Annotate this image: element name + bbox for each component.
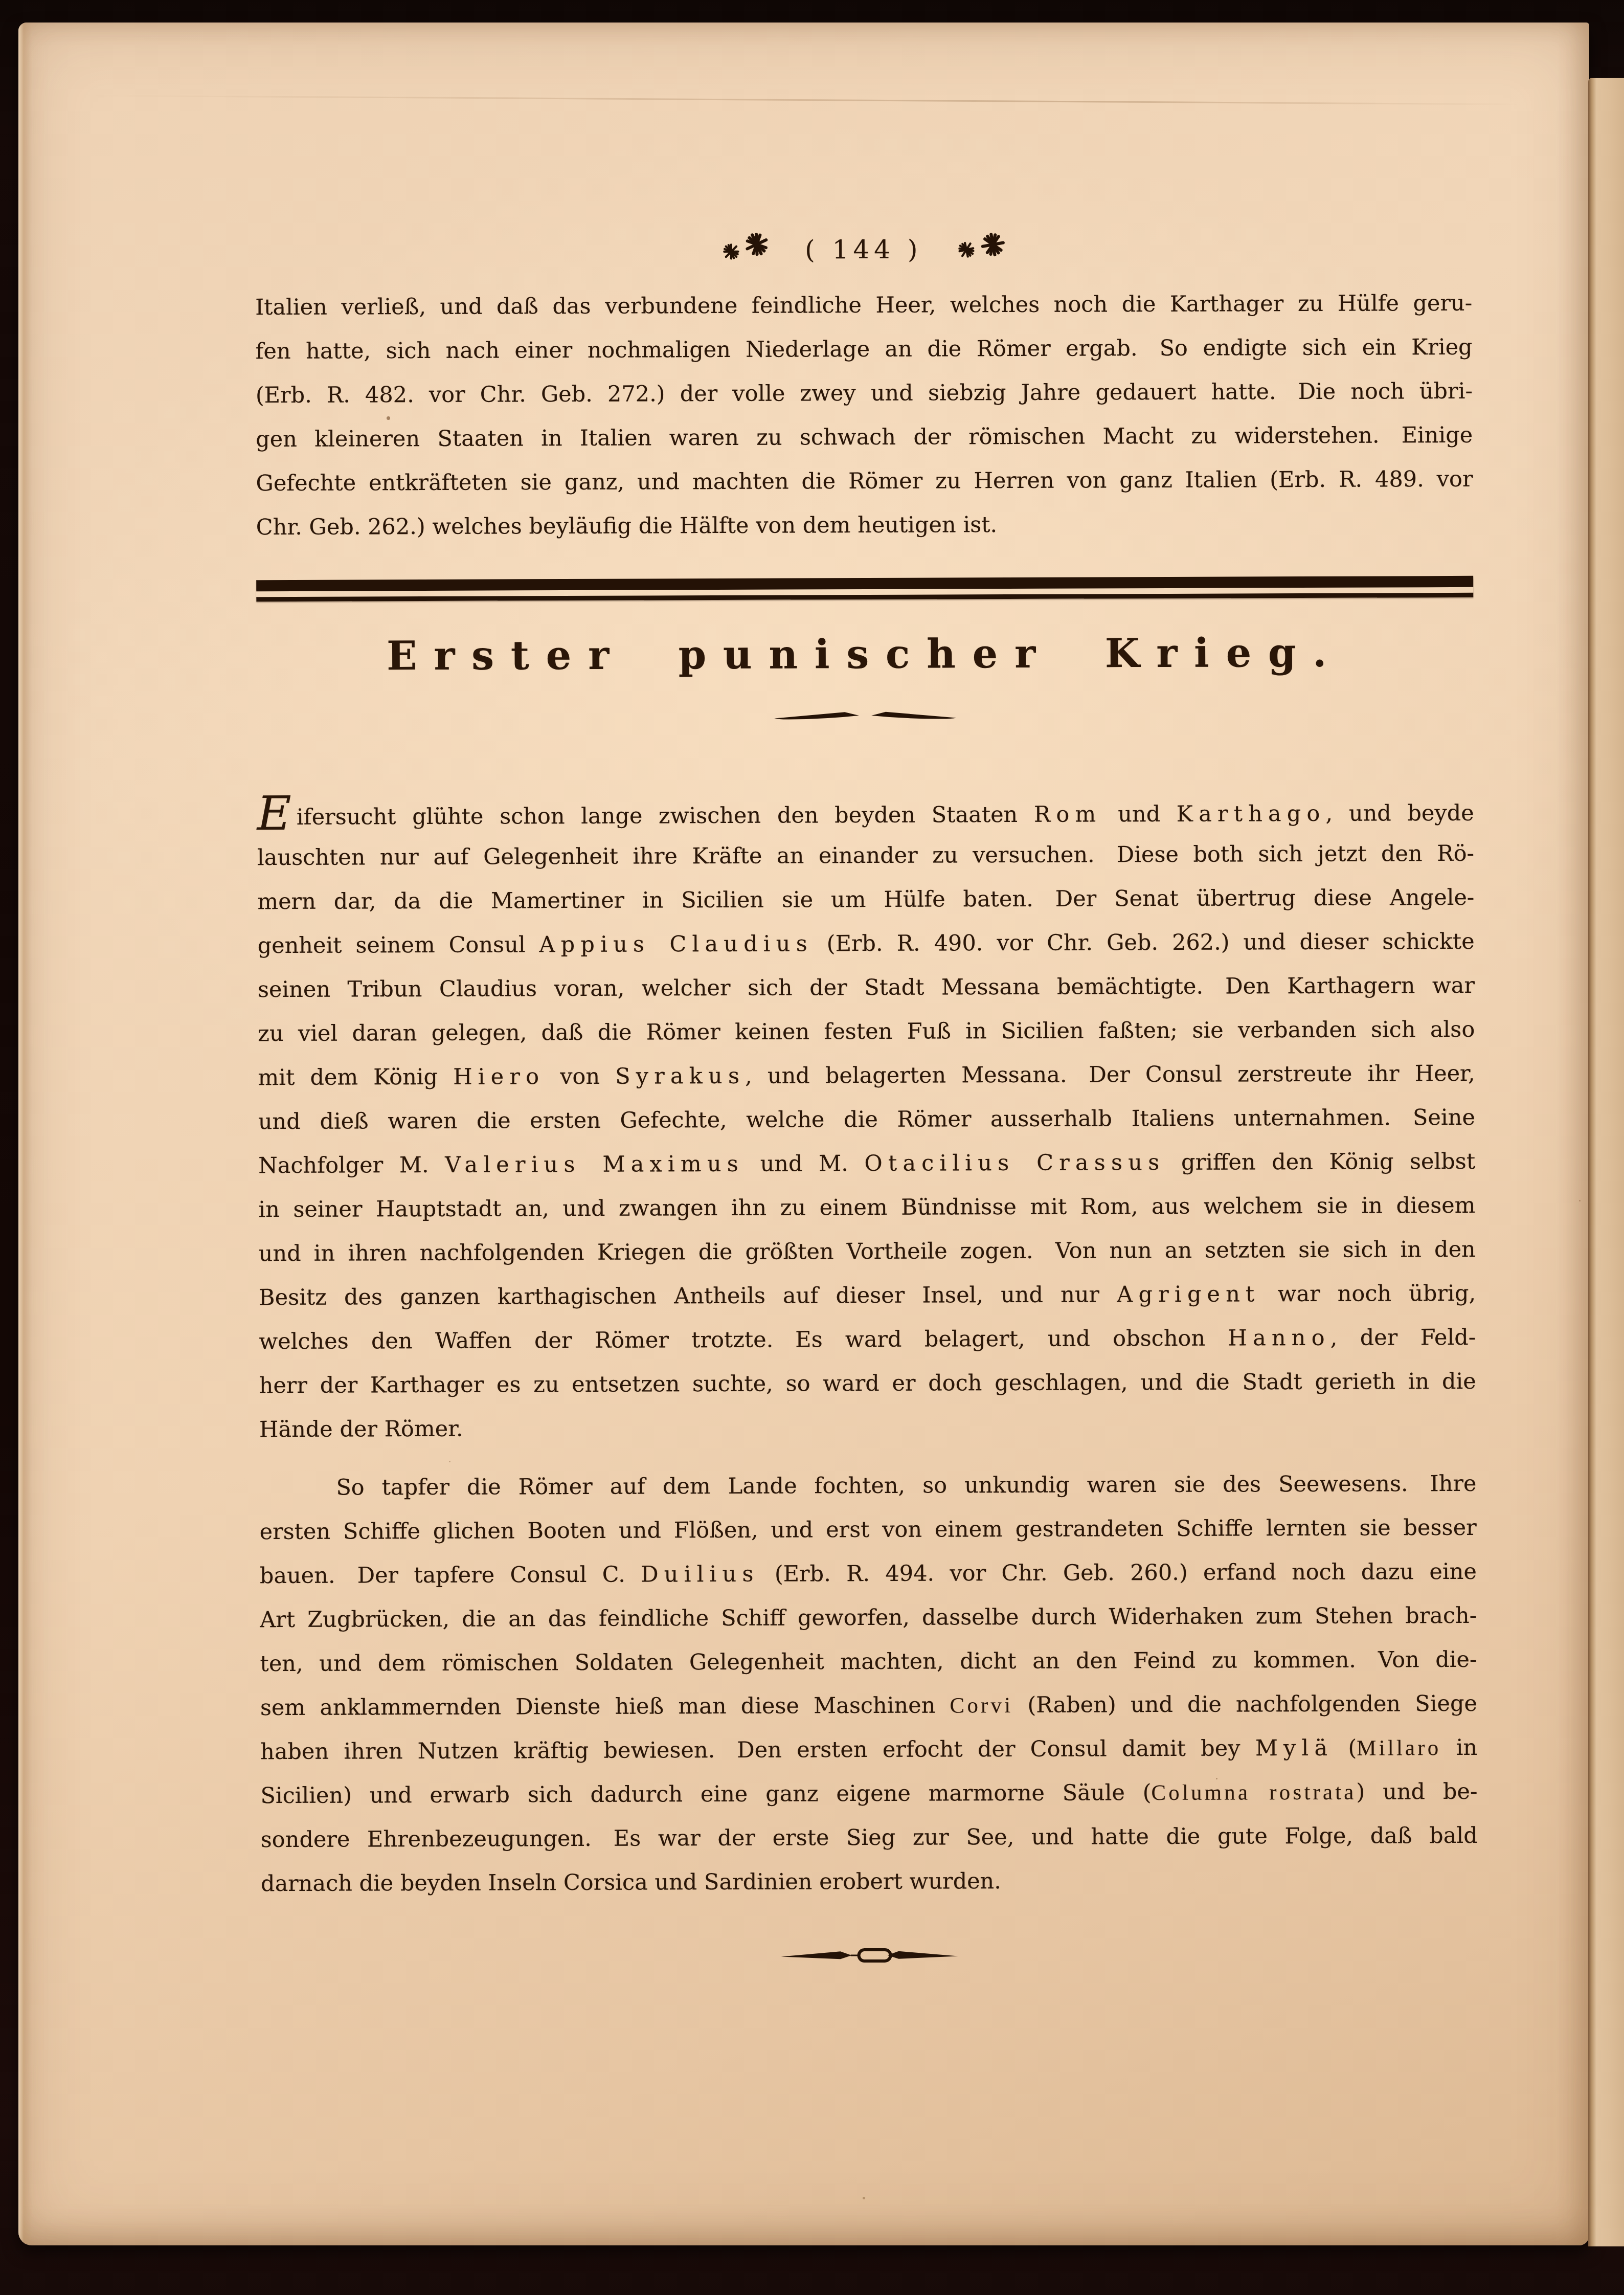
text-segment: (Erb. R. 494. vor Chr. Geb. 260.) erfand… (759, 1559, 1477, 1587)
text-line: Hände der Römer. (259, 1403, 1476, 1452)
text-segment: haben ihren Nutzen kräftig bewiesen. Den… (260, 1735, 1255, 1765)
text-line: ten, und dem römischen Soldaten Gelegenh… (260, 1638, 1477, 1686)
fleuron-icon (716, 230, 776, 266)
running-head: ( 144 ) (255, 224, 1472, 271)
text-segment: Duilius (641, 1562, 759, 1588)
section-divider-rule (256, 576, 1473, 601)
text-segment: (Erb. R. 490. vor Chr. Geb. 262.) und di… (813, 929, 1475, 957)
text-segment: fen hatte, sich nach einer nochmaligen N… (256, 335, 1473, 364)
text-segment: E (257, 786, 297, 841)
text-line: in seiner Hauptstadt an, und zwangen ihn… (258, 1184, 1475, 1232)
text-line: mit dem König Hiero von Syrakus, und bel… (258, 1052, 1475, 1100)
text-line: und in ihren nachfolgenden Kriegen die g… (259, 1228, 1476, 1276)
text-line: genheit seinem Consul Appius Claudius (E… (258, 920, 1475, 968)
text-segment: Italien verließ, und daß das verbundene … (255, 291, 1472, 320)
page-content: ( 144 ) Italien verließ, und daß das ver… (254, 20, 1478, 1971)
text-segment: mit dem König (258, 1064, 453, 1090)
text-segment: griffen den König selbst (1165, 1149, 1475, 1175)
text-segment: genheit seinem Consul (258, 932, 539, 959)
text-segment: ifersucht glühte schon lange zwischen de… (297, 802, 1034, 830)
text-segment: Karthago (1177, 801, 1326, 827)
text-line: Italien verließ, und daß das verbundene … (255, 281, 1472, 329)
text-segment: ( (1333, 1735, 1357, 1761)
text-segment: Besitz des ganzen karthagischen Antheils… (259, 1282, 1117, 1310)
text-segment: ten, und dem römischen Soldaten Gelegenh… (260, 1647, 1477, 1677)
text-segment: zu viel daran gelegen, daß die Römer kei… (258, 1017, 1475, 1046)
fleuron-icon (951, 229, 1011, 265)
text-segment: So tapfer die Römer auf dem Lande fochte… (336, 1471, 1476, 1501)
text-segment: und (1101, 801, 1176, 828)
text-segment: Otacilius Crassus (864, 1150, 1165, 1176)
text-segment: Gefechte entkräfteten sie ganz, und mach… (256, 466, 1473, 496)
text-segment: Appius Claudius (539, 931, 813, 957)
text-line: So tapfer die Römer auf dem Lande fochte… (259, 1462, 1476, 1510)
text-line: darnach die beyden Inseln Corsica und Sa… (261, 1858, 1478, 1906)
text-segment: von (545, 1064, 615, 1089)
text-line: sem anklammernden Dienste hieß man diese… (260, 1682, 1477, 1730)
text-line: (Erb. R. 482. vor Chr. Geb. 272.) der vo… (256, 369, 1473, 417)
text-segment: sondere Ehrenbezeugungen. Es war der ers… (261, 1823, 1478, 1853)
text-line: herr der Karthager es zu entsetzen sucht… (259, 1360, 1476, 1408)
text-line: Gefechte entkräfteten sie ganz, und mach… (256, 457, 1473, 505)
text-segment: ) und be- (1356, 1779, 1477, 1805)
text-segment: Mylä (1255, 1735, 1334, 1762)
text-line: sondere Ehrenbezeugungen. Es war der ers… (261, 1814, 1478, 1862)
text-segment: lauschten nur auf Gelegenheit ihre Kräft… (257, 841, 1474, 871)
text-line: Art Zugbrücken, die an das feindliche Sc… (260, 1594, 1477, 1642)
text-segment: mern dar, da die Mamertiner in Sicilien … (257, 885, 1474, 915)
text-segment: , und belagerten Messana. Der Consul zer… (745, 1061, 1475, 1089)
text-segment: Hände der Römer. (259, 1416, 463, 1442)
text-segment: , und beyde (1325, 800, 1474, 827)
text-segment: war noch übrig, (1260, 1281, 1476, 1307)
text-segment: Chr. Geb. 262.) welches beyläufig die Hä… (256, 512, 997, 540)
title-flourish (257, 705, 1474, 731)
text-segment: und M. (744, 1151, 865, 1177)
text-line: lauschten nur auf Gelegenheit ihre Kräft… (257, 832, 1474, 880)
text-segment: , der Feld- (1330, 1325, 1476, 1351)
page-number: ( 144 ) (805, 235, 922, 265)
text-segment: (Erb. R. 482. vor Chr. Geb. 272.) der vo… (256, 378, 1473, 408)
text-segment: Rom (1034, 801, 1102, 827)
text-segment: Syrakus (615, 1063, 745, 1089)
text-line: Besitz des ganzen karthagischen Antheils… (259, 1272, 1476, 1320)
text-segment: in seiner Hauptstadt an, und zwangen ihn… (258, 1193, 1475, 1222)
book-page: ( 144 ) Italien verließ, und daß das ver… (18, 23, 1589, 2245)
text-line: Eifersucht glühte schon lange zwischen d… (257, 788, 1474, 836)
text-segment: gen kleineren Staaten in Italien waren z… (256, 422, 1473, 452)
text-line: mern dar, da die Mamertiner in Sicilien … (257, 876, 1474, 924)
section-title: Erster punischer Krieg. (257, 627, 1474, 682)
text-segment: und in ihren nachfolgenden Kriegen die g… (259, 1237, 1476, 1266)
text-segment: (Raben) und die nachfolgenden Siege (1013, 1691, 1477, 1718)
text-segment: Valerius Maximus (445, 1151, 744, 1178)
text-line: Chr. Geb. 262.) welches beyläufig die Hä… (256, 501, 1473, 549)
text-segment: ersten Schiffe glichen Booten und Flößen… (260, 1515, 1477, 1545)
text-segment: Millaro (1357, 1736, 1441, 1761)
text-line: ersten Schiffe glichen Booten und Flößen… (260, 1506, 1477, 1554)
text-segment: herr der Karthager es zu entsetzen sucht… (259, 1369, 1476, 1398)
text-segment: seinen Tribun Claudius voran, welcher si… (258, 973, 1475, 1002)
text-line: zu viel daran gelegen, daß die Römer kei… (258, 1008, 1475, 1056)
text-line: Sicilien) und erwarb sich dadurch eine g… (260, 1770, 1477, 1818)
text-segment: welches den Waffen der Römer trotzte. Es… (259, 1326, 1228, 1355)
adjacent-page-fore-edge (1588, 78, 1624, 2246)
text-line: Nachfolger M. Valerius Maximus und M. Ot… (258, 1140, 1475, 1188)
text-segment: Art Zugbrücken, die an das feindliche Sc… (260, 1603, 1477, 1633)
text-segment: Columna rostrata (1151, 1780, 1356, 1805)
book-scan: { "meta": { "document_type": "scanned bo… (0, 0, 1624, 2295)
text-segment: Hiero (453, 1064, 545, 1090)
text-line: fen hatte, sich nach einer nochmaligen N… (255, 325, 1472, 373)
text-segment: und dieß waren die ersten Gefechte, welc… (258, 1105, 1475, 1134)
tapered-rule-ring-icon (780, 1945, 959, 1966)
text-segment: Agrigent (1117, 1281, 1260, 1307)
paragraph-main: Eifersucht glühte schon lange zwischen d… (257, 788, 1476, 1452)
text-line: seinen Tribun Claudius voran, welcher si… (258, 964, 1475, 1012)
swelled-dash-icon (773, 706, 957, 724)
text-segment: in (1441, 1735, 1477, 1761)
text-line: und dieß waren die ersten Gefechte, welc… (258, 1096, 1475, 1144)
text-segment: Corvi (950, 1694, 1013, 1718)
text-segment: Sicilien) und erwarb sich dadurch eine g… (260, 1780, 1151, 1809)
end-of-section-ornament (261, 1944, 1478, 1971)
text-line: haben ihren Nutzen kräftig bewiesen. Den… (260, 1726, 1477, 1774)
text-segment: darnach die beyden Inseln Corsica und Sa… (261, 1868, 1001, 1897)
paragraph-continuation: Italien verließ, und daß das verbundene … (255, 281, 1473, 549)
text-line: gen kleineren Staaten in Italien waren z… (256, 413, 1473, 461)
text-segment: sem anklammernden Dienste hieß man diese… (260, 1692, 950, 1721)
text-segment: bauen. Der tapfere Consul C. (260, 1562, 641, 1589)
text-line: welches den Waffen der Römer trotzte. Es… (259, 1316, 1476, 1364)
paragraph-navy: So tapfer die Römer auf dem Lande fochte… (259, 1462, 1478, 1906)
text-segment: Hanno (1228, 1325, 1330, 1351)
text-line: bauen. Der tapfere Consul C. Duilius (Er… (260, 1550, 1477, 1598)
text-segment: Nachfolger M. (258, 1152, 445, 1178)
